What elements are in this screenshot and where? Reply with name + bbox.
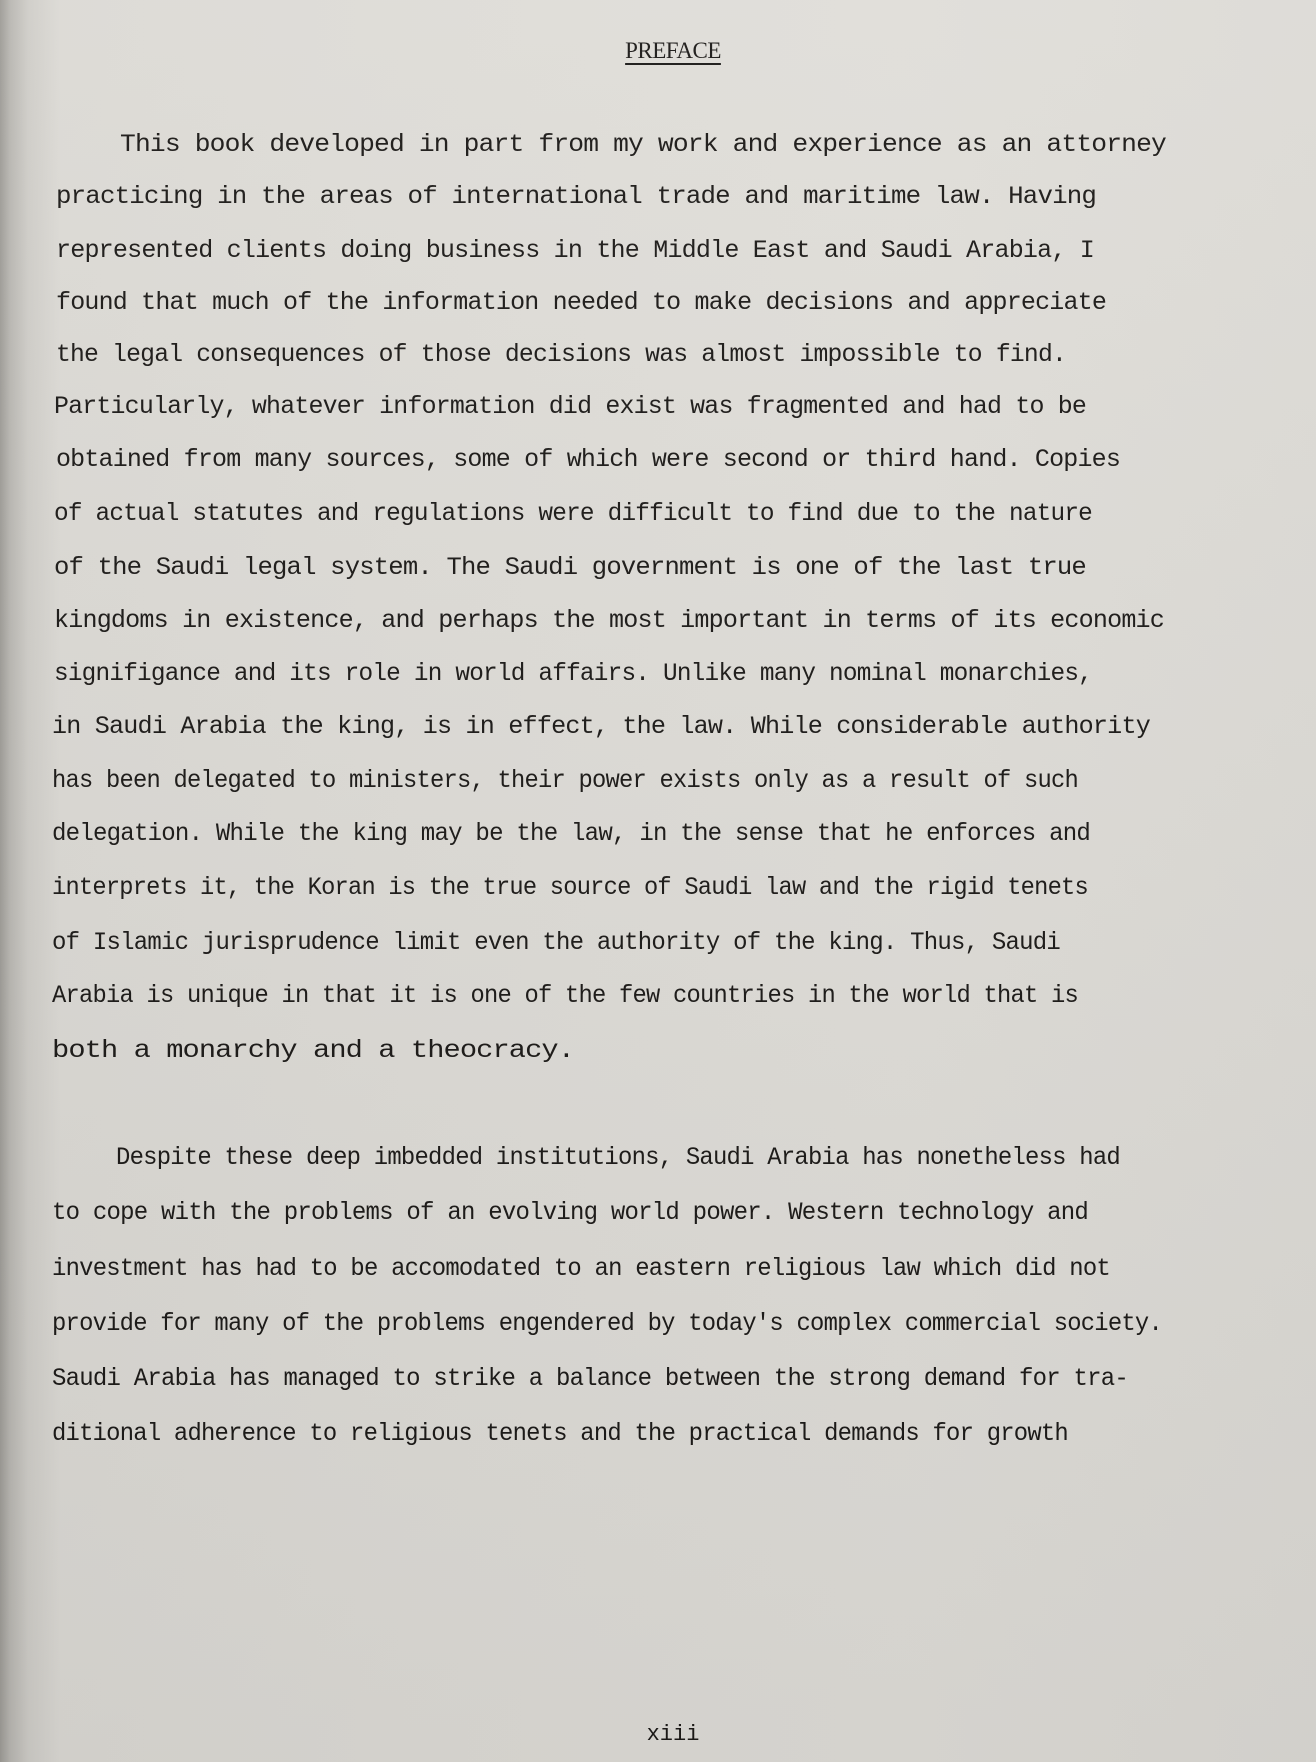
page-number: xiii: [0, 1722, 1316, 1747]
text-line: Arabia is unique in that it is one of th…: [52, 981, 1078, 1010]
text-line: both a monarchy and a theocracy.: [52, 1036, 574, 1065]
text-line: the legal consequences of those decision…: [56, 340, 1066, 369]
text-line: provide for many of the problems engende…: [52, 1309, 1162, 1338]
text-line: has been delegated to ministers, their p…: [52, 766, 1078, 795]
text-line: Particularly, whatever information did e…: [54, 392, 1086, 421]
page-heading: PREFACE: [0, 38, 1316, 64]
text-line: to cope with the problems of an evolving…: [52, 1198, 1088, 1227]
text-line: interprets it, the Koran is the true sou…: [52, 873, 1088, 902]
text-line: practicing in the areas of international…: [56, 182, 1096, 211]
text-line: This book developed in part from my work…: [120, 130, 1166, 159]
text-line: investment has had to be accomodated to …: [52, 1254, 1110, 1283]
text-line: Despite these deep imbedded institutions…: [116, 1143, 1120, 1172]
text-line: ditional adherence to religious tenets a…: [52, 1419, 1068, 1448]
text-line: obtained from many sources, some of whic…: [56, 445, 1120, 474]
text-line: of the Saudi legal system. The Saudi gov…: [54, 553, 1086, 582]
text-line: signifigance and its role in world affai…: [54, 659, 1092, 688]
text-line: in Saudi Arabia the king, is in effect, …: [52, 712, 1150, 741]
text-line: of actual statutes and regulations were …: [54, 499, 1092, 528]
text-line: of Islamic jurisprudence limit even the …: [52, 928, 1060, 957]
text-line: delegation. While the king may be the la…: [52, 819, 1090, 848]
text-line: represented clients doing business in th…: [56, 236, 1094, 265]
scanned-book-page: PREFACE This book developed in part from…: [0, 0, 1316, 1762]
text-line: kingdoms in existence, and perhaps the m…: [54, 606, 1164, 635]
text-line: Saudi Arabia has managed to strike a bal…: [52, 1364, 1128, 1393]
text-line: found that much of the information neede…: [56, 288, 1106, 317]
